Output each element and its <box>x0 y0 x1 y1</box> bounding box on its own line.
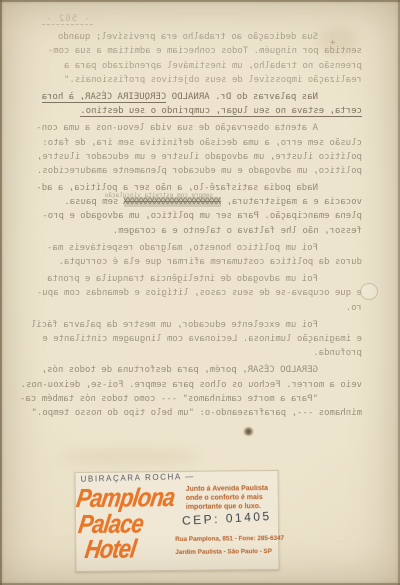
hotel-tagline: Junto à Avenida Paulistaonde o conforto … <box>186 485 278 512</box>
typed-paragraph: Foi um advogado de inteligência tranquil… <box>38 272 362 315</box>
scan-edge-left <box>0 0 2 585</box>
scan-edge-top <box>0 0 400 2</box>
typed-paragraph: Foi um político honesto, malgrado respei… <box>38 241 362 269</box>
typed-paragraphs: Sua dedicação ao trabalho era previsível… <box>38 30 362 420</box>
scanned-document-page: + - 562 - Sua dedicação ao trabalho era … <box>0 0 400 585</box>
typed-line: político ilustre, um advogado ilustre e … <box>38 150 362 164</box>
typed-line: GERALDO CÉSAR, porém, para desfortuna de… <box>38 363 362 377</box>
paper-stain <box>60 448 200 466</box>
typed-paragraph: Nada podia satisfazê-lo, a não ser a pol… <box>38 181 362 238</box>
addr-line: Jardim Paulista - São Paulo - SP <box>175 545 275 559</box>
hotel-name: PamplonaPalaceHotel <box>67 485 176 563</box>
typed-line: preensão no trabalho, um inestimável apr… <box>38 59 362 73</box>
typed-line: certa, estava no seu lugar, cumprindo o … <box>38 104 362 118</box>
typed-line: realização impossível de seus objetivos … <box>38 73 362 87</box>
typed-paragraph: GERALDO CÉSAR, porém, para desfortuna de… <box>38 363 362 420</box>
typed-line: e que ocupava-se de seus casos, litígios… <box>38 286 362 300</box>
hotel-sticker: UBIRAÇARA ROCHA — PamplonaPalaceHotel Ju… <box>74 470 279 572</box>
typed-line: plena emancipação. Para ser um político,… <box>38 209 362 223</box>
interline-insertion: sempre com estreita vinculação <box>105 189 213 203</box>
typed-line: e imaginação luminosa. Lecionava com lin… <box>38 332 362 346</box>
typed-line: ro. <box>38 301 362 315</box>
typed-line: veio a morrer. Fechou os olhos para semp… <box>38 378 362 392</box>
addr-line: Rua Pamplona, 851 - Fone: 285-6347 <box>175 533 275 547</box>
typed-line: vocacia e a magistratura, XXXXXXXXXXXXXX… <box>38 195 362 209</box>
typed-paragraph: Foi um excelente educador, um mestre da … <box>38 318 362 361</box>
typed-line: clusão sem erro, a uma decisão definitiv… <box>38 136 362 150</box>
typed-paragraph: Sua dedicação ao trabalho era previsível… <box>38 30 362 87</box>
typed-line: fessor, não lhe faltava o talento e a co… <box>38 224 362 238</box>
typed-line: profunda. <box>38 346 362 360</box>
typed-line: Foi um excelente educador, um mestre da … <box>38 318 362 332</box>
tagline-line: Junto à Avenida Paulista <box>186 485 278 495</box>
typed-line: Sua dedicação ao trabalho era previsível… <box>38 30 362 44</box>
typed-line: minhamos ---, parafraseando-o: "um belo … <box>38 406 362 420</box>
typed-line: sentida por ninguém. Todos conheciam e a… <box>38 44 362 58</box>
typed-line: "Para a morte caminhamos" --- como todos… <box>38 392 362 406</box>
typed-line: Foi um político honesto, malgrado respei… <box>38 241 362 255</box>
typed-paragraph: A atenta observação de sua vida levou-no… <box>38 121 362 178</box>
typed-line: político, um advogado e um educador plen… <box>38 164 362 178</box>
typed-line: Nas palavras do Dr. ARNALDO CERQUEIRA CÉ… <box>38 90 362 104</box>
typed-line: Foi um advogado de inteligência tranquil… <box>38 272 362 286</box>
crossed-out-text: XXXXXXXXXXXXXXXXXXXXXXsempre com estreit… <box>124 197 221 207</box>
typed-paragraph: Nas palavras do Dr. ARNALDO CERQUEIRA CÉ… <box>38 90 362 118</box>
typed-line: duros da política costumarem afirmar que… <box>38 255 362 269</box>
typed-text-mirrored: - 562 - Sua dedicação ao trabalho era pr… <box>38 12 362 420</box>
emboss-mark <box>360 283 378 300</box>
hotel-address: Rua Pamplona, 851 - Fone: 285-6347Jardim… <box>175 533 275 559</box>
ink-blot <box>243 427 254 436</box>
page-number: - 562 - <box>42 12 362 26</box>
typed-line: A atenta observação de sua vida levou-no… <box>38 121 362 135</box>
hotelname-line: Hotel <box>67 536 168 563</box>
